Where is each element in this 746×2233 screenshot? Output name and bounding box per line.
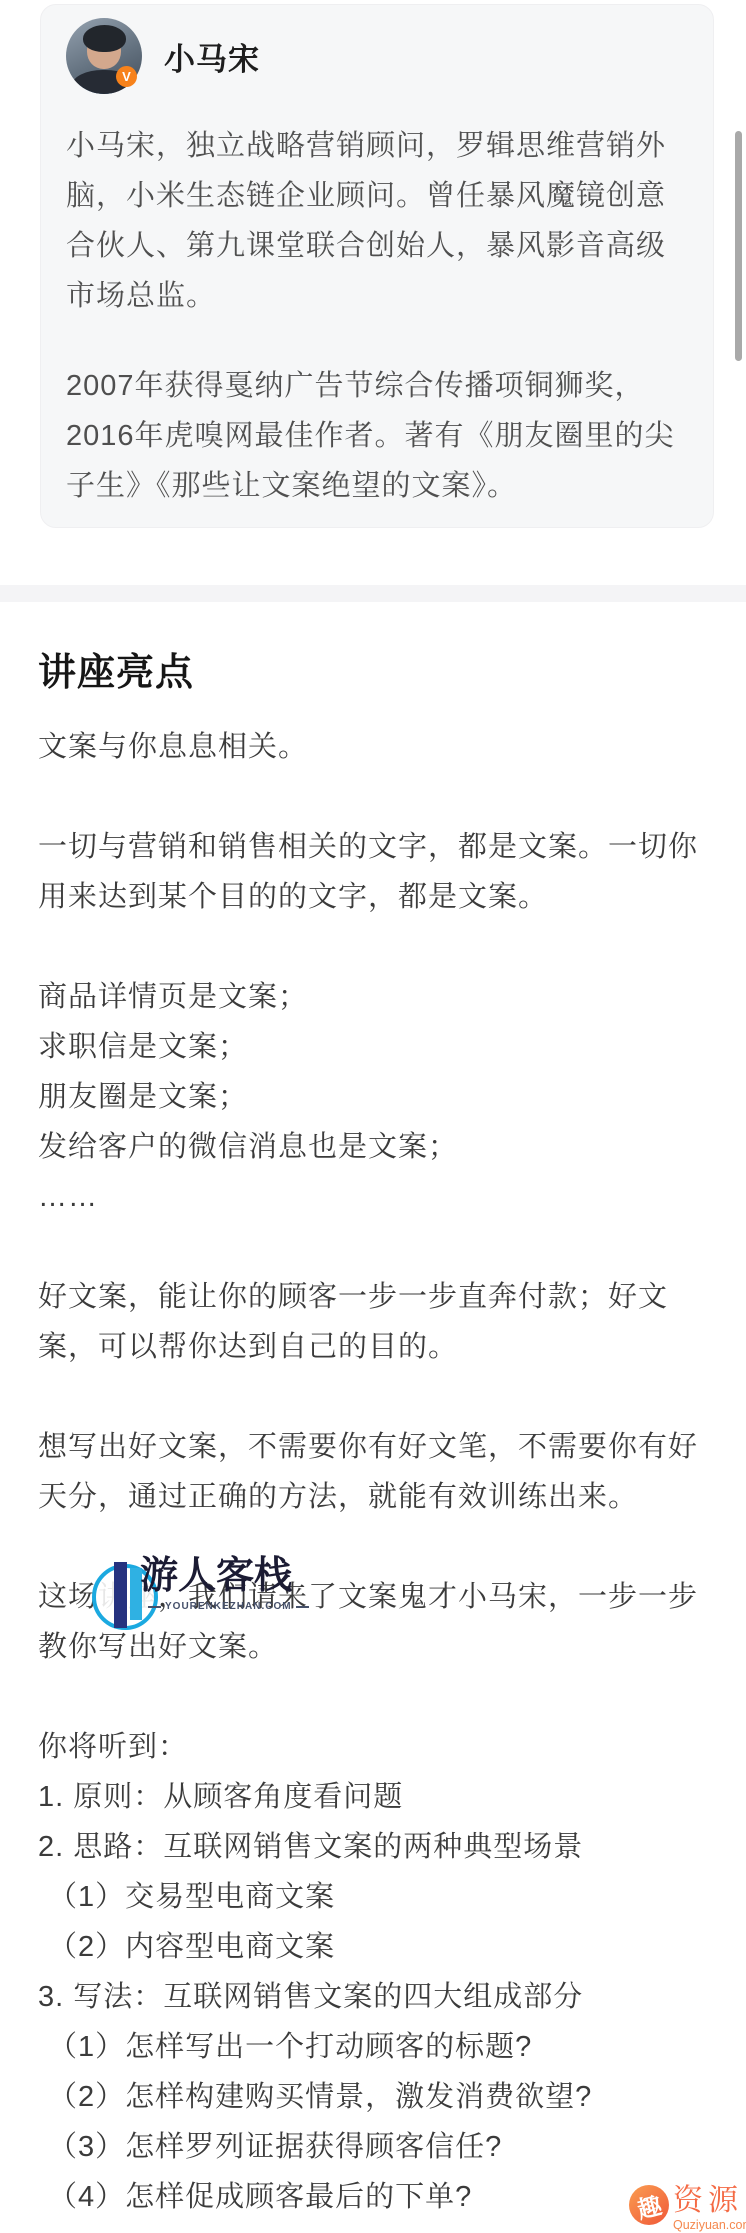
paragraph-line: （2）怎样构建购买情景，激发消费欲望? xyxy=(38,2072,704,2122)
paragraph: 好文案，能让你的顾客一步一步直奔付款；好文案，可以帮你达到自己的目的。 xyxy=(38,1272,704,1372)
scrollbar-thumb[interactable] xyxy=(735,131,742,361)
profile-header: V 小马宋 xyxy=(66,18,688,94)
paragraph: 想写出好文案，不需要你有好文笔，不需要你有好天分，通过正确的方法，就能有效训练出… xyxy=(38,1422,704,1522)
paragraph-line: 2. 思路：互联网销售文案的两种典型场景 xyxy=(38,1822,704,1872)
yourenkezhan-title: 游人客栈 xyxy=(140,1554,292,1598)
section-heading: 讲座亮点 xyxy=(38,648,704,698)
paragraph-line: 朋友圈是文案； xyxy=(38,1072,704,1122)
quziyuan-domain: Quziyuan.com xyxy=(673,2218,746,2232)
lecture-paragraphs: 文案与你息息相关。一切与营销和销售相关的文字，都是文案。一切你用来达到某个目的的… xyxy=(38,722,704,2222)
quziyuan-brand: 资源 xyxy=(673,2185,746,2217)
paragraph: 文案与你息息相关。 xyxy=(38,722,704,772)
paragraph-line: 求职信是文案； xyxy=(38,1022,704,1072)
paragraph-line: （1）怎样写出一个打动顾客的标题? xyxy=(38,2022,704,2072)
paragraph: 你将听到：1. 原则：从顾客角度看问题2. 思路：互联网销售文案的两种典型场景（… xyxy=(38,1722,704,2222)
quziyuan-text-column: 资源 Quziyuan.com xyxy=(673,2185,746,2232)
speaker-name: 小马宋 xyxy=(164,34,260,79)
paragraph-line: （1）交易型电商文案 xyxy=(38,1872,704,1922)
paragraph-line: 1. 原则：从顾客角度看问题 xyxy=(38,1772,704,1822)
lecture-highlights-section: 讲座亮点 文案与你息息相关。一切与营销和销售相关的文字，都是文案。一切你用来达到… xyxy=(38,648,704,2222)
quziyuan-logo-icon: 趣 xyxy=(629,2185,669,2225)
yourenkezhan-logo-bar-dark xyxy=(114,1562,127,1628)
speaker-profile-card: V 小马宋 小马宋，独立战略营销顾问，罗辑思维营销外脑，小米生态链企业顾问。曾任… xyxy=(40,4,714,528)
yourenkezhan-domain: YOURENKEZHAN.COM xyxy=(144,1601,313,1612)
paragraph-line: 发给客户的微信消息也是文案； xyxy=(38,1122,704,1172)
dash-decoration xyxy=(296,1606,309,1608)
paragraph-line: 3. 写法：互联网销售文案的四大组成部分 xyxy=(38,1972,704,2022)
paragraph-line: 好文案，能让你的顾客一步一步直奔付款；好文案，可以帮你达到自己的目的。 xyxy=(38,1272,704,1372)
paragraph-line: 文案与你息息相关。 xyxy=(38,722,704,772)
verified-badge-icon: V xyxy=(116,66,137,87)
avatar[interactable]: V xyxy=(66,18,142,94)
speaker-bio-paragraph-2: 2007年获得戛纳广告节综合传播项铜狮奖，2016年虎嗅网最佳作者。著有《朋友圈… xyxy=(66,361,688,511)
paragraph-line: 商品详情页是文案； xyxy=(38,972,704,1022)
paragraph: 一切与营销和销售相关的文字，都是文案。一切你用来达到某个目的的文字，都是文案。 xyxy=(38,822,704,922)
section-divider xyxy=(0,585,746,602)
yourenkezhan-domain-text: YOURENKEZHAN.COM xyxy=(165,1601,292,1612)
paragraph-line: 一切与营销和销售相关的文字，都是文案。一切你用来达到某个目的的文字，都是文案。 xyxy=(38,822,704,922)
avatar-photo-detail xyxy=(83,25,126,52)
paragraph-line: （3）怎样罗列证据获得顾客信任? xyxy=(38,2122,704,2172)
paragraph-line: （2）内容型电商文案 xyxy=(38,1922,704,1972)
paragraph-line: 你将听到： xyxy=(38,1722,704,1772)
yourenkezhan-watermark: 游人客栈 YOURENKEZHAN.COM xyxy=(90,1556,340,1640)
quziyuan-watermark: 趣 资源 Quziyuan.com xyxy=(629,2185,746,2232)
page: V 小马宋 小马宋，独立战略营销顾问，罗辑思维营销外脑，小米生态链企业顾问。曾任… xyxy=(0,0,746,2233)
paragraph-line: 想写出好文案，不需要你有好文笔，不需要你有好天分，通过正确的方法，就能有效训练出… xyxy=(38,1422,704,1522)
paragraph: 商品详情页是文案；求职信是文案；朋友圈是文案；发给客户的微信消息也是文案；…… xyxy=(38,972,704,1222)
quziyuan-logo-char: 趣 xyxy=(633,2185,665,2225)
dash-decoration xyxy=(148,1606,161,1608)
paragraph-line: （4）怎样促成顾客最后的下单? xyxy=(38,2172,704,2222)
paragraph-line: …… xyxy=(38,1172,704,1222)
speaker-bio-paragraph-1: 小马宋，独立战略营销顾问，罗辑思维营销外脑，小米生态链企业顾问。曾任暴风魔镜创意… xyxy=(66,121,688,321)
